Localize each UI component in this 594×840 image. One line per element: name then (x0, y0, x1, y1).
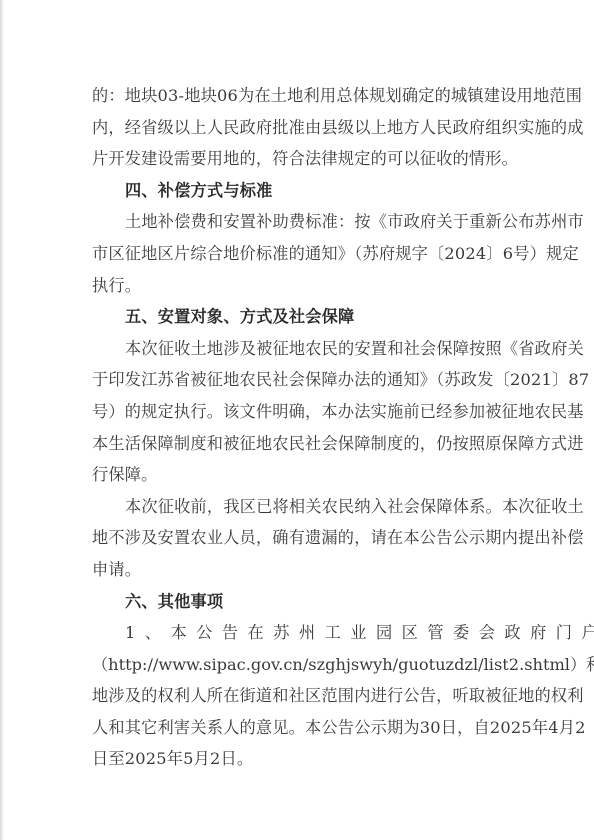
body-line: 片开发建设需要用地的，符合法律规定的可以征收的情形。 (92, 143, 506, 175)
section-heading-compensation: 四、补偿方式与标准 (92, 175, 506, 207)
body-line: 的：地块03-地块06为在土地利用总体规划确定的城镇建设用地范围 (92, 80, 506, 112)
scan-edge-shadow (0, 0, 4, 840)
paragraph-start: 本次征收前，我区已将相关农民纳入社会保障体系。本次征收土 (92, 491, 506, 523)
body-line: 地涉及的权利人所在街道和社区范围内进行公告，听取被征地的权利 (92, 680, 506, 712)
paragraph-start: 本次征收土地涉及被征地农民的安置和社会保障按照《省政府关 (92, 333, 506, 365)
body-line: 本生活保障制度和被征地农民社会保障制度的，仍按照原保障方式进 (92, 428, 506, 460)
paragraph-start: 1、本公告在苏州工业园区管委会政府门户网站 (92, 617, 506, 649)
body-line: 于印发江苏省被征地农民社会保障办法的通知》（苏政发〔2021〕87 (92, 364, 506, 396)
body-line: 执行。 (92, 270, 506, 302)
body-line: 申请。 (92, 554, 506, 586)
body-line: 人和其它利害关系人的意见。本公告公示期为30日，自2025年4月2 (92, 712, 506, 744)
body-line: 内，经省级以上人民政府批准由县级以上地方人民政府组织实施的成 (92, 112, 506, 144)
body-line: 行保障。 (92, 459, 506, 491)
section-heading-other-matters: 六、其他事项 (92, 586, 506, 618)
body-line: 市区征地区片综合地价标准的通知》（苏府规字〔2024〕6号）规定 (92, 238, 506, 270)
document-page: 的：地块03-地块06为在土地利用总体规划确定的城镇建设用地范围 内，经省级以上… (92, 80, 506, 775)
body-line: 号）的规定执行。该文件明确，本办法实施前已经参加被征地农民基 (92, 396, 506, 428)
body-line: 地不涉及安置农业人员，确有遗漏的，请在本公告公示期内提出补偿 (92, 522, 506, 554)
section-heading-resettlement: 五、安置对象、方式及社会保障 (92, 301, 506, 333)
paragraph-start: 土地补偿费和安置补助费标准：按《市政府关于重新公布苏州市 (92, 206, 506, 238)
url-line: （http://www.sipac.gov.cn/szghjswyh/guotu… (92, 649, 506, 681)
body-line: 日至2025年5月2日。 (92, 743, 506, 775)
